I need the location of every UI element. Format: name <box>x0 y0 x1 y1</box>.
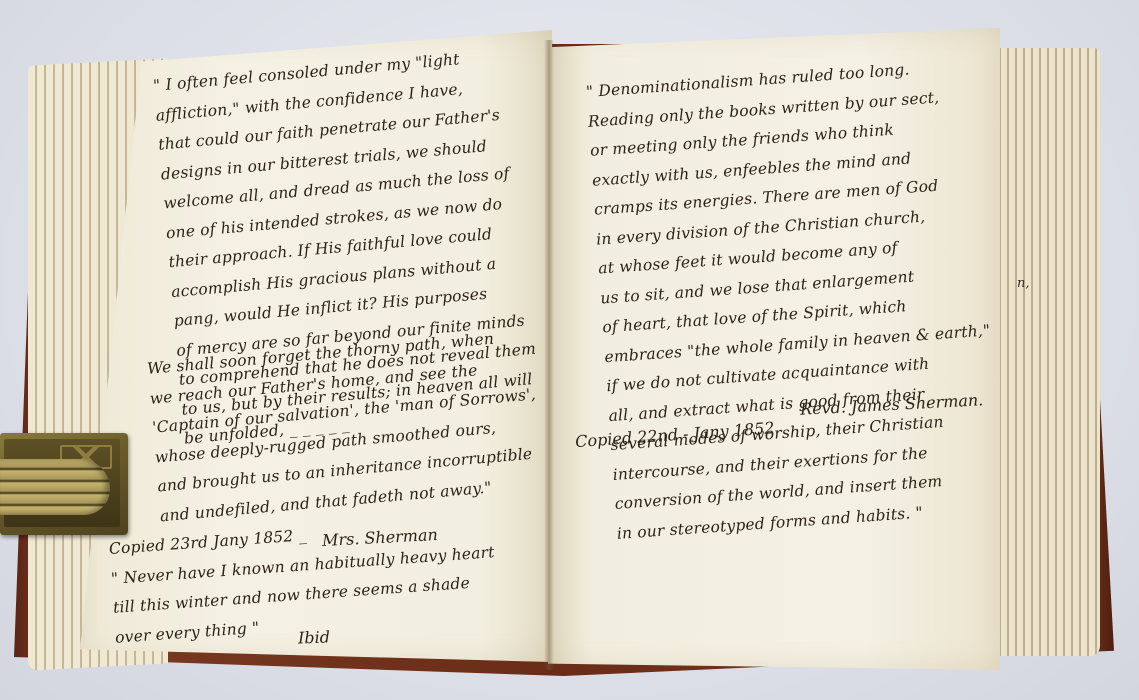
margin-mark: n, <box>1017 276 1030 291</box>
right-passage: " Denominationalism has ruled too long. … <box>585 51 1004 549</box>
left-passage-2: We shall soon forget the thorny path, wh… <box>146 321 545 531</box>
hand-icon <box>0 459 110 515</box>
ibid-note: Ibid <box>298 627 331 647</box>
brass-hand-clip <box>0 433 128 535</box>
right-page-edges <box>985 48 1100 656</box>
book-gutter <box>544 40 554 670</box>
